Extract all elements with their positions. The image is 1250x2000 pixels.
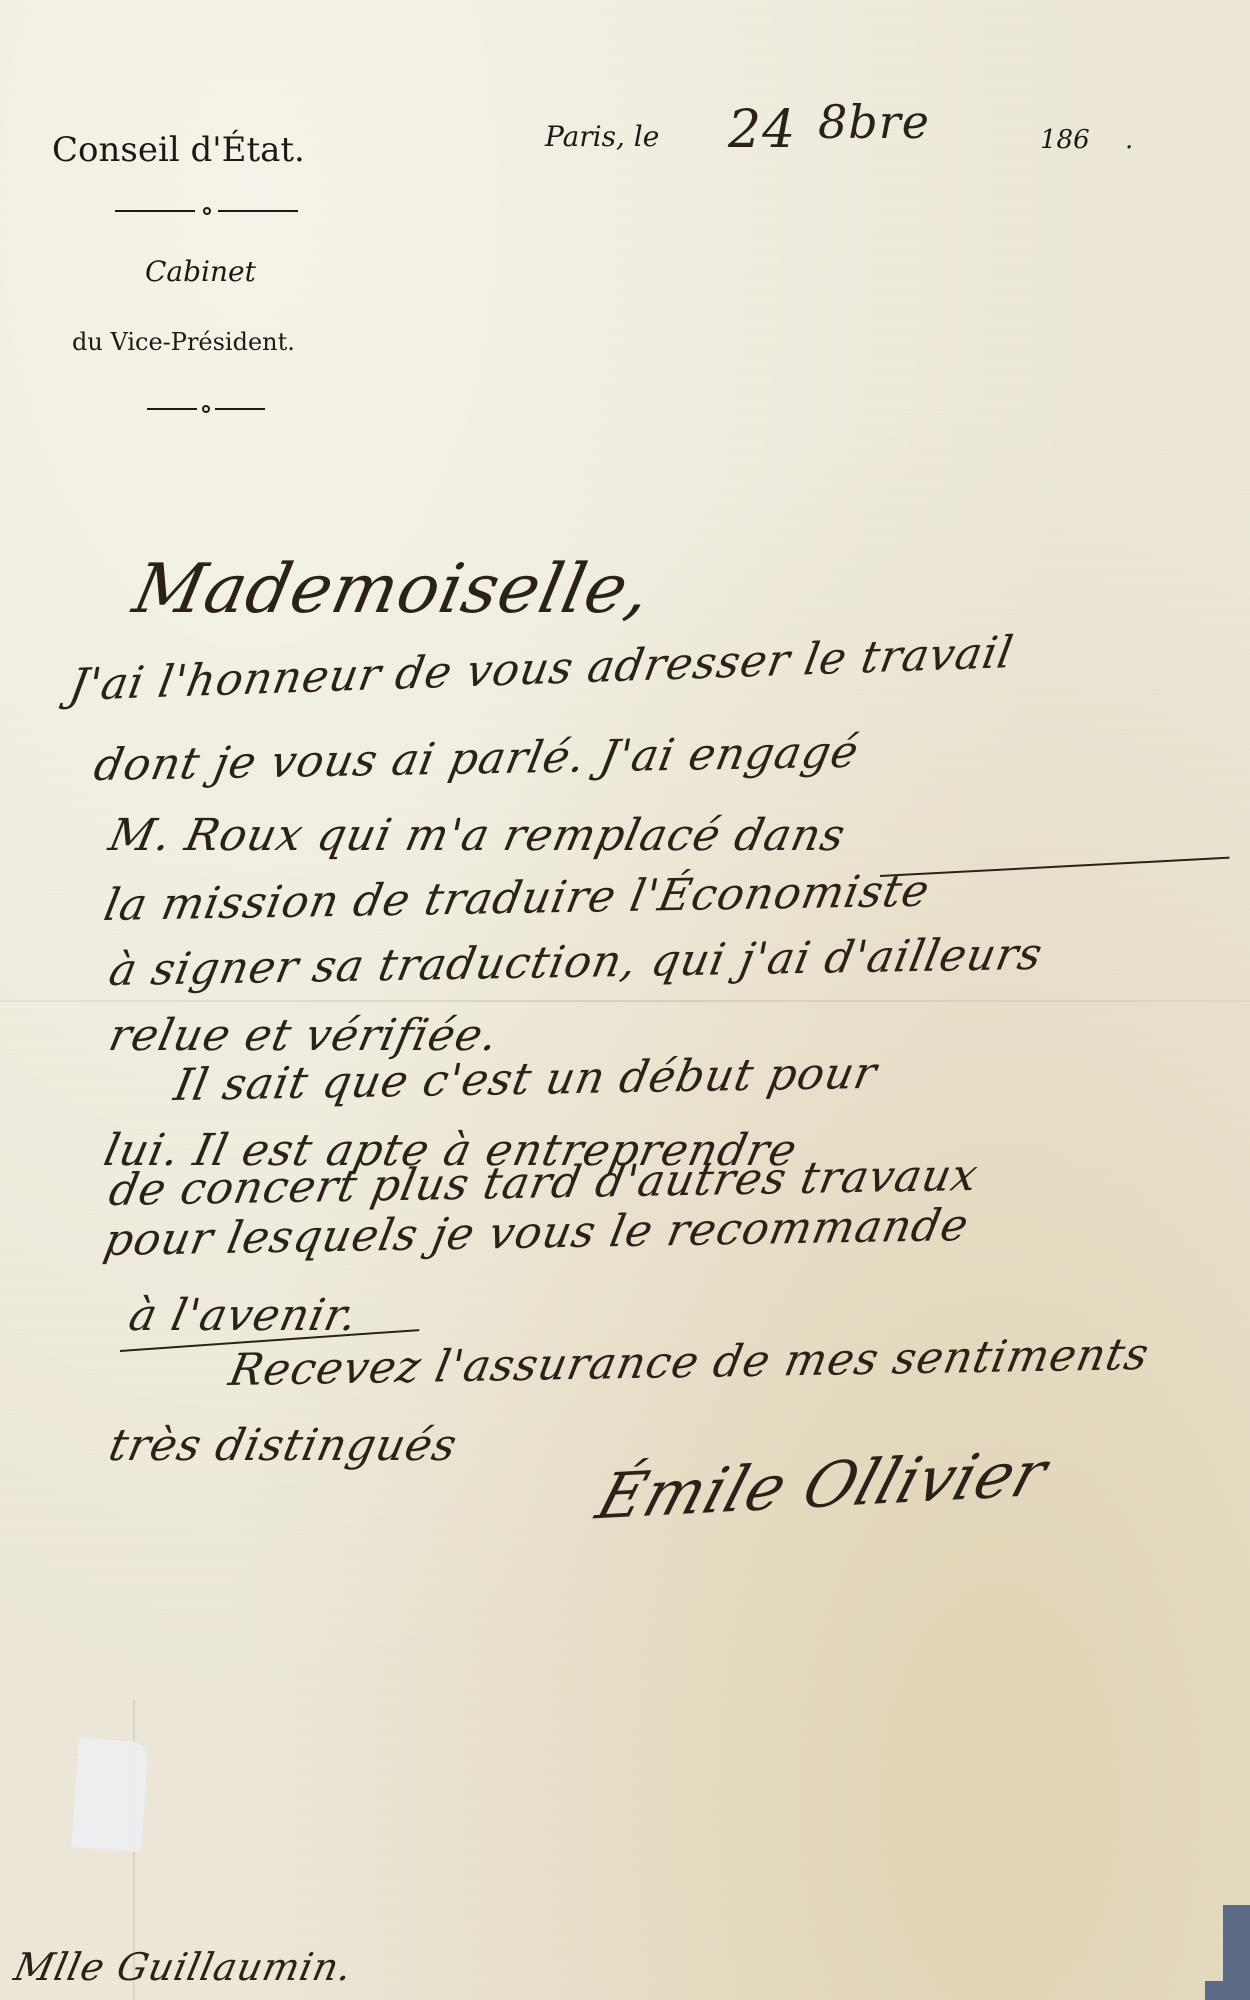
- body-line-1: J'ai l'honneur de vous adresser le trava…: [65, 627, 1017, 711]
- date-year-period: .: [1125, 125, 1133, 155]
- office-line-2: du Vice-Président.: [72, 328, 295, 356]
- signature: Émile Ollivier: [589, 1436, 1057, 1534]
- body-line-5: à signer sa traduction, qui j'ai d'aille…: [105, 929, 1047, 996]
- date-year: 186: [1040, 125, 1090, 155]
- body-line-2: dont je vous ai parlé. J'ai engagé: [90, 727, 863, 792]
- tape-remnant: [71, 1738, 149, 1853]
- paper-fold: [0, 1000, 1250, 1002]
- body-line-11: à l'avenir.: [125, 1290, 363, 1341]
- office-line-1: Cabinet: [145, 255, 256, 288]
- body-line-4: la mission de traduire l'Économiste: [100, 866, 934, 932]
- ornament-divider: [115, 207, 298, 215]
- institution-heading: Conseil d'État.: [52, 130, 305, 170]
- date-day: 24: [728, 100, 796, 160]
- body-line-3: M. Roux qui m'a remplacé dans: [105, 810, 850, 861]
- salutation: Mademoiselle,: [127, 550, 658, 629]
- body-line-6: relue et vérifiée.: [105, 1010, 503, 1061]
- date-month: 8bre: [818, 95, 930, 149]
- closing-line-1: Recevez l'assurance de mes sentiments: [225, 1329, 1153, 1396]
- closing-line-2: très distingués: [105, 1420, 462, 1471]
- letter-page: Conseil d'État. Cabinet du Vice-Présiden…: [0, 0, 1250, 2000]
- place-date-prefix: Paris, le: [545, 120, 659, 153]
- ornament-divider-small: [147, 405, 265, 413]
- addressee-note: Mlle Guillaumin.: [10, 1945, 356, 1989]
- mount-corner: [1205, 1905, 1250, 2000]
